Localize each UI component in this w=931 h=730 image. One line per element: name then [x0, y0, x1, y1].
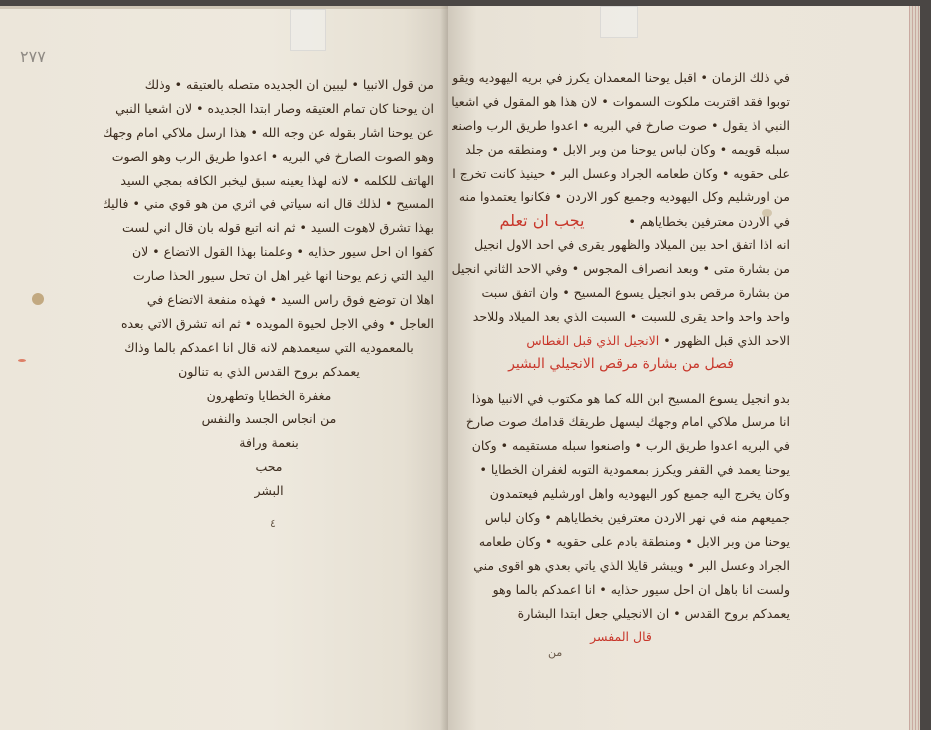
- text-line: توبوا فقد اقتربت ملكوت السموات • لان هذا…: [452, 90, 790, 114]
- text-line: اهلا ان توضع فوق راس السيد • فهذه منفعة …: [104, 288, 434, 312]
- rubric-gospel-before-epiphany: الانجيل الذي قبل الغطاس: [526, 333, 659, 348]
- text-line: ولست انا باهل ان احل سيور حذايه • انا اع…: [452, 578, 790, 602]
- text-line: بهذا تشرق لاهوت السيد • ثم انه اتبع قوله…: [104, 216, 434, 240]
- rubric-heading: فصل من بشارة مرقص الانجيلي البشير: [452, 353, 790, 377]
- text-line: بالمعموديه التي سيعمدهم لانه قال انا اعم…: [104, 336, 434, 360]
- text-line: ان يوحنا كان تمام العتيقه وصار ابتدا الج…: [104, 97, 434, 121]
- tapering-line: من انجاس الجسد والنفس: [104, 407, 434, 431]
- text-line: العاجل • وفي الاجل لحيوة المويده • ثم ان…: [104, 312, 434, 336]
- rubric-know-that: يجب ان تعلم: [500, 211, 585, 230]
- catchword: ٤: [270, 517, 276, 530]
- rubric-commentator-said: قال المفسر: [590, 629, 652, 644]
- left-page: ٢٧٧ من قول الانبيا • ليبين ان الجديده مت…: [0, 6, 448, 730]
- text-line: بدو انجيل يسوع المسيح ابن الله كما هو مك…: [452, 387, 790, 411]
- right-page: في ذلك الزمان • اقبل يوحنا المعمدان يكرز…: [448, 6, 920, 730]
- text-line-with-rubric: في الاردن معترفين بخطاياهم • يجب ان تعلم: [452, 209, 790, 233]
- text-line: عن يوحنا اشار بقوله عن وجه الله • هذا ار…: [104, 121, 434, 145]
- tapering-line: يعمدكم بروح القدس الذي به تنالون: [104, 360, 434, 384]
- text-line: النبي اذ يقول • صوت صارخ في البريه • اعد…: [452, 114, 790, 138]
- tapering-line: البشر: [104, 479, 434, 503]
- paper-stain: [32, 293, 44, 305]
- right-page-text: في ذلك الزمان • اقبل يوحنا المعمدان يكرز…: [452, 66, 790, 649]
- text-line: على حقويه • وكان طعامه الجراد وعسل البر …: [452, 162, 790, 186]
- text-line-with-rubric: الاحد الذي قبل الظهور • الانجيل الذي قبل…: [452, 329, 790, 353]
- tapering-line: مغفرة الخطايا وتطهرون: [104, 384, 434, 408]
- text-line: انه اذا اتفق احد بين الميلاد والظهور يقر…: [452, 233, 790, 257]
- text-line: وهو الصوت الصارخ في البريه • اعدوا طريق …: [104, 145, 434, 169]
- text-line: يوحنا يعمد في القفر ويكرز بمعمودية التوب…: [452, 458, 790, 482]
- text-line: جميعهم منه في نهر الاردن معترفين بخطاياه…: [452, 506, 790, 530]
- spacer: [452, 377, 790, 387]
- page-edge: [909, 6, 920, 730]
- text-fragment: يعمدكم بروح القدس • ان الانجيلي جعل ابتد…: [518, 606, 790, 621]
- text-line: في ذلك الزمان • اقبل يوحنا المعمدان يكرز…: [452, 66, 790, 90]
- tapering-line: محب: [104, 455, 434, 479]
- text-line: في البريه اعدوا طريق الرب • واصنعوا سبله…: [452, 434, 790, 458]
- text-line: من بشارة متى • وبعد انصراف المجوس • وفي …: [452, 257, 790, 281]
- text-line: من اورشليم وكل اليهوديه وجميع كور الاردن…: [452, 185, 790, 209]
- text-line: وكان يخرج اليه جميع كور اليهوديه واهل او…: [452, 482, 790, 506]
- archival-tape: [290, 9, 326, 51]
- rubric-line: قال المفسر: [452, 625, 790, 649]
- left-page-text: من قول الانبيا • ليبين ان الجديده متصله …: [104, 73, 434, 503]
- text-fragment: في الاردن معترفين بخطاياهم •: [628, 214, 790, 229]
- text-line: سبله قويمه • وكان لباس يوحنا من وبر الاب…: [452, 138, 790, 162]
- archival-tape: [600, 6, 638, 38]
- text-line: من قول الانبيا • ليبين ان الجديده متصله …: [104, 73, 434, 97]
- text-line: الجراد وعسل البر • ويبشر قايلا الذي ياتي…: [452, 554, 790, 578]
- text-line: يوحنا من وبر الابل • ومنطقة بادم على حقو…: [452, 530, 790, 554]
- text-line: اليد التي زعم يوحنا انها غير اهل ان تحل …: [104, 264, 434, 288]
- text-line: واحد واحد واحد يقرى للسبت • السبت الذي ب…: [452, 305, 790, 329]
- text-fragment: الاحد الذي قبل الظهور •: [663, 333, 790, 348]
- text-line-with-rubric: يعمدكم بروح القدس • ان الانجيلي جعل ابتد…: [452, 602, 790, 626]
- folio-number: ٢٧٧: [20, 47, 46, 66]
- tapering-line: بنعمة ورافة: [104, 431, 434, 455]
- text-line: المسيح • لذلك قال انه سياتي في اثري من ه…: [104, 192, 434, 216]
- text-line: انا مرسل ملاكي امام وجهك ليسهل طريقك قدا…: [452, 410, 790, 434]
- red-ink-speck: [18, 359, 26, 362]
- open-manuscript: ٢٧٧ من قول الانبيا • ليبين ان الجديده مت…: [0, 6, 931, 730]
- catchword: من: [548, 646, 562, 659]
- text-line: الهاتف للكلمه • لانه لهذا يعينه سبق ليخب…: [104, 169, 434, 193]
- text-line: من بشارة مرقص بدو انجيل يسوع المسيح • وا…: [452, 281, 790, 305]
- text-line: كفوا ان احل سيور حذايه • وعلمنا بهذا الق…: [104, 240, 434, 264]
